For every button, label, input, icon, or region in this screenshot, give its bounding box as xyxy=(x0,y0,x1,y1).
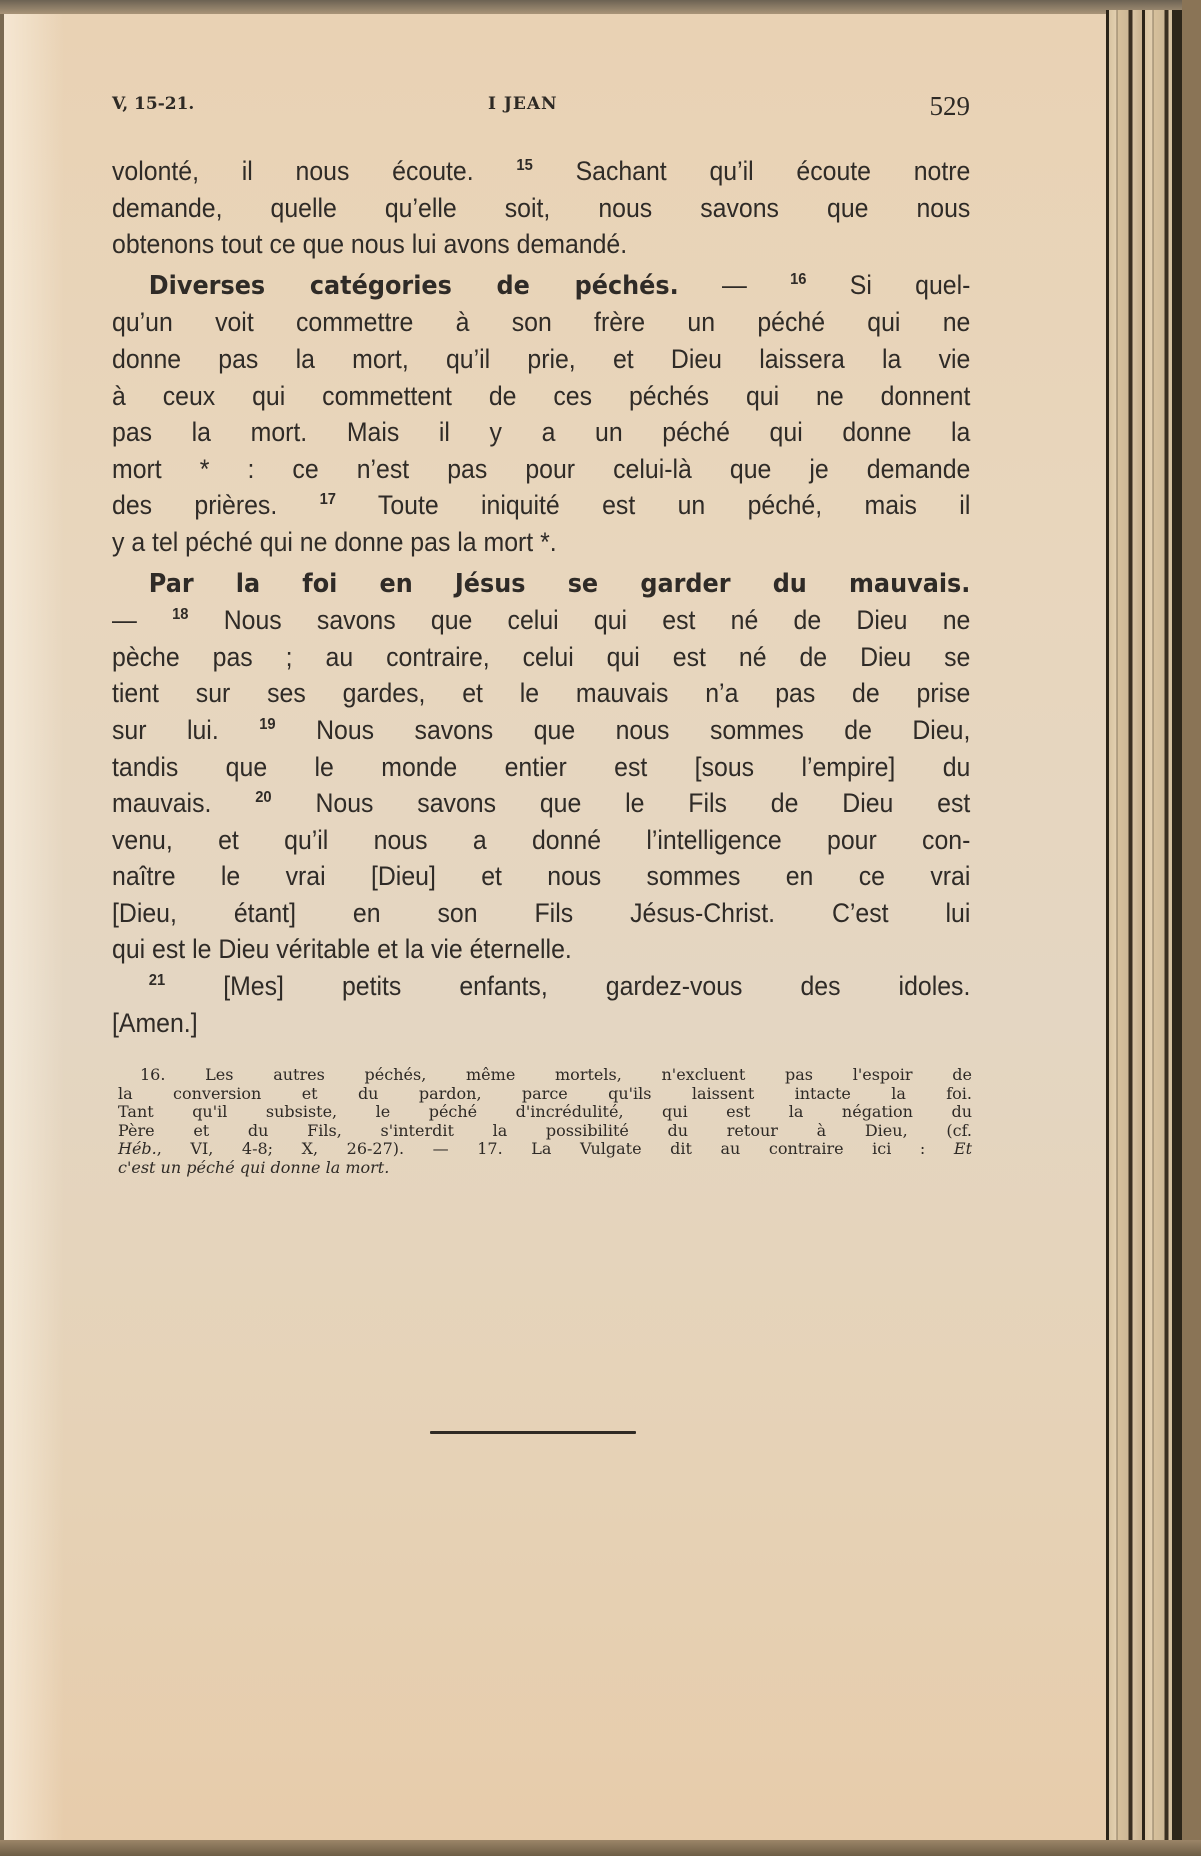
text-line: 21 [Mes] petits enfants, gardez-vous des… xyxy=(112,968,970,1005)
text-line: obtenons tout ce que nous lui avons dema… xyxy=(112,226,970,263)
text-line: demande, quelle qu’elle soit, nous savon… xyxy=(112,190,970,227)
footnote-line: c'est un péché qui donne la mort. xyxy=(118,1159,972,1178)
text-line: volonté, il nous écoute. 15 Sachant qu’i… xyxy=(112,153,970,190)
text-line: qui est le Dieu véritable et la vie éter… xyxy=(112,931,970,968)
running-header: V, 15-21. I JEAN 529 xyxy=(112,92,970,118)
footnote-line: la conversion et du pardon, parce qu'ils… xyxy=(118,1085,972,1104)
text-line: pas la mort. Mais il y a un péché qui do… xyxy=(112,414,970,451)
text-line: mort * : ce n’est pas pour celui-là que … xyxy=(112,451,970,488)
text-line: qu’un voit commettre à son frère un péch… xyxy=(112,304,970,341)
verse-number: 21 xyxy=(149,972,165,989)
text-line: tandis que le monde entier est [sous l’e… xyxy=(112,749,970,786)
footnote-line: Père et du Fils, s'interdit la possibili… xyxy=(118,1122,972,1141)
text-line: mauvais. 20 Nous savons que le Fils de D… xyxy=(112,785,970,822)
text-line: — 18 Nous savons que celui qui est né de… xyxy=(112,602,970,639)
chapter-verse-reference: V, 15-21. xyxy=(112,94,194,114)
footnote-line: 16. Les autres péchés, même mortels, n'e… xyxy=(118,1066,972,1085)
footnote-line: Héb., VI, 4-8; X, 26-27). — 17. La Vulga… xyxy=(118,1140,972,1159)
footnotes: 16. Les autres péchés, même mortels, n'e… xyxy=(118,1066,972,1178)
text-line: pèche pas ; au contraire, celui qui est … xyxy=(112,639,970,676)
section-heading: Par la foi en Jésus se garder du mauvais… xyxy=(149,569,971,599)
text-line: sur lui. 19 Nous savons que nous sommes … xyxy=(112,712,970,749)
text-line: donne pas la mort, qu’il prie, et Dieu l… xyxy=(112,341,970,378)
verse-number: 20 xyxy=(255,789,271,806)
verse-number: 18 xyxy=(172,606,188,623)
verse-number: 16 xyxy=(790,271,806,288)
book-title: I JEAN xyxy=(488,94,558,114)
text-line: venu, et qu’il nous a donné l’intelligen… xyxy=(112,822,970,859)
book-page-edges xyxy=(1106,10,1182,1846)
text-line: tient sur ses gardes, et le mauvais n’a … xyxy=(112,675,970,712)
text-line: [Dieu, étant] en son Fils Jésus-Christ. … xyxy=(112,895,970,932)
section-heading-line: Par la foi en Jésus se garder du mauvais… xyxy=(112,565,970,603)
verse-number: 15 xyxy=(516,157,532,174)
section-heading: Diverses catégories de péchés. xyxy=(149,271,679,301)
page-number: 529 xyxy=(930,91,971,122)
scan-background xyxy=(1182,0,1201,1856)
scan-top-edge xyxy=(0,0,1201,14)
main-text: volonté, il nous écoute. 15 Sachant qu’i… xyxy=(112,153,901,1041)
text-line: naître le vrai [Dieu] et nous sommes en … xyxy=(112,858,970,895)
verse-number: 19 xyxy=(259,716,275,733)
text-line: [Amen.] xyxy=(112,1005,970,1042)
scan-bottom-edge xyxy=(0,1840,1201,1856)
footnote-line: Tant qu'il subsiste, le péché d'incrédul… xyxy=(118,1103,972,1122)
text-line: des prières. 17 Toute iniquité est un pé… xyxy=(112,487,970,524)
end-of-book-rule xyxy=(430,1431,636,1434)
section-heading-line: Diverses catégories de péchés. — 16 Si q… xyxy=(112,267,970,305)
text-line: à ceux qui commettent de ces péchés qui … xyxy=(112,378,970,415)
text-line: y a tel péché qui ne donne pas la mort *… xyxy=(112,524,970,561)
verse-number: 17 xyxy=(320,491,336,508)
